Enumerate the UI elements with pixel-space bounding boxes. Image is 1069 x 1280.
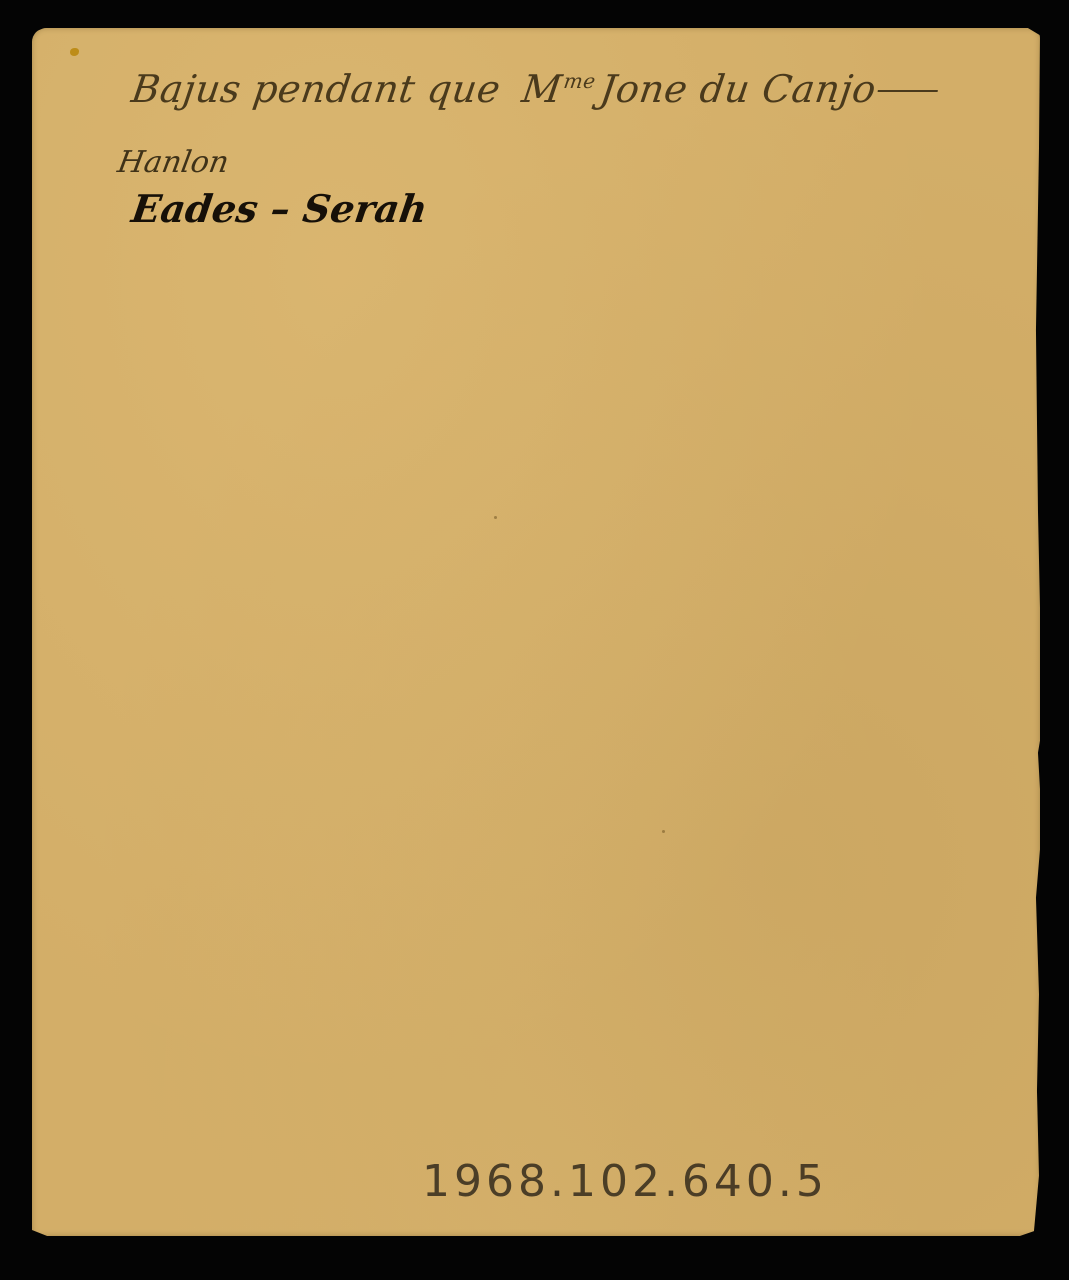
paper-card: Bajus pendant queMmeJone du Canjo Hanlon…	[32, 28, 1040, 1236]
accession-number: 1968.102.640.5	[422, 1156, 828, 1207]
caption-title-superscript: me	[562, 69, 597, 93]
paper-speck	[662, 830, 665, 833]
caption-flourish	[878, 90, 938, 92]
scan-background: Bajus pendant queMmeJone du Canjo Hanlon…	[0, 0, 1069, 1280]
stain-mark	[70, 48, 79, 56]
handwritten-caption-line: Bajus pendant queMmeJone du Canjo	[129, 70, 940, 108]
handwritten-name-hanlon: Hanlon	[115, 148, 231, 178]
caption-title-abbrev: M	[519, 67, 565, 111]
paper-speck	[494, 516, 497, 519]
handwritten-names-line: Eades – Serah	[129, 190, 429, 228]
caption-part-c: Jone du Canjo	[597, 67, 879, 111]
caption-part-a: Bajus pendant que	[129, 67, 503, 111]
